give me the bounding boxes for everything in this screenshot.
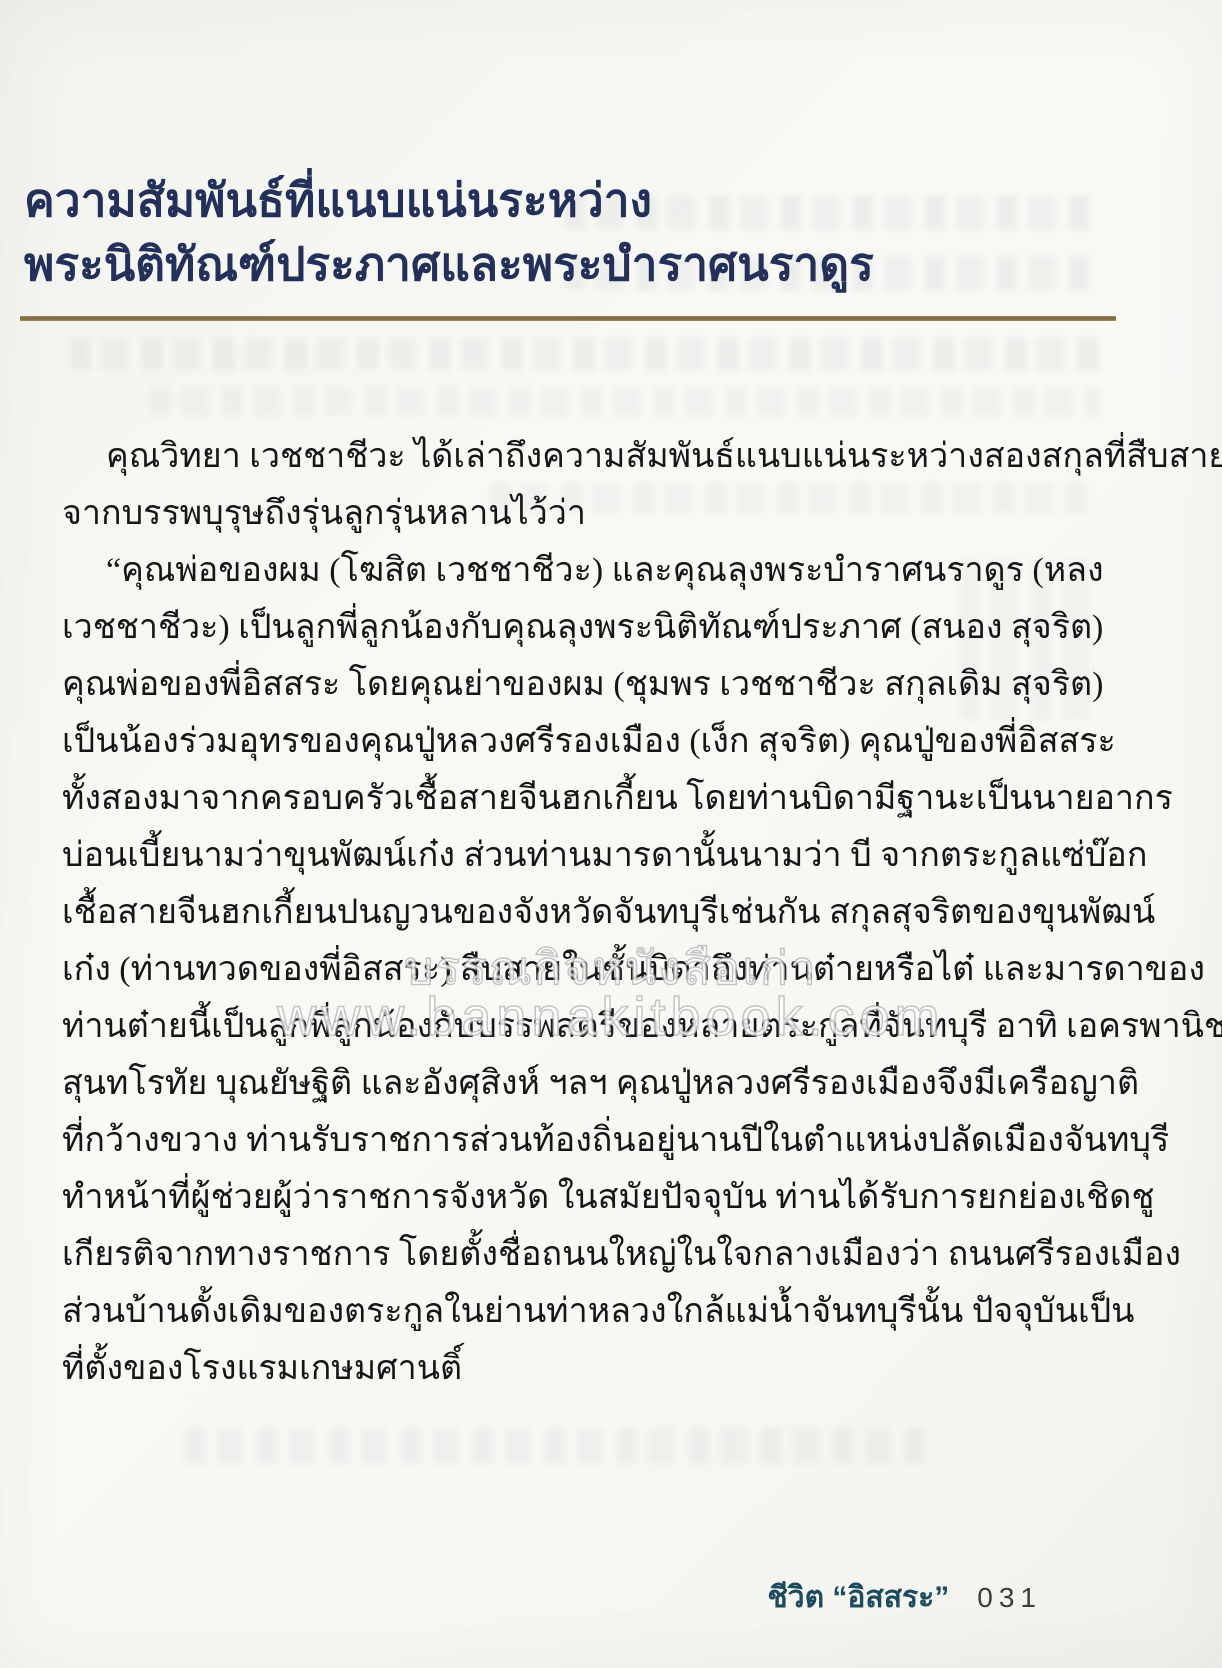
bleed-through-artifact [70, 338, 1100, 370]
body-line: คุณพ่อของพี่อิสสระ โดยคุณย่าของผม (ชุมพร… [62, 656, 1022, 713]
body-line: “คุณพ่อของผม (โฆสิต เวชชาชีวะ) และคุณลุง… [62, 542, 1022, 599]
body-line: ที่ตั้งของโรงแรมเกษมศานติ์ [62, 1340, 1022, 1397]
body-line: เชื้อสายจีนฮกเกี้ยนปนญวนของจังหวัดจันทบุ… [62, 884, 1022, 941]
chapter-heading-line-1: ความสัมพันธ์ที่แนบแน่นระหว่าง [24, 168, 1104, 232]
body-line: ทั้งสองมาจากครอบครัวเชื้อสายจีนฮกเกี้ยน … [62, 770, 1022, 827]
body-text: คุณวิทยา เวชชาชีวะ ได้เล่าถึงความสัมพันธ… [62, 428, 1022, 1397]
body-line: ทำหน้าที่ผู้ช่วยผู้ว่าราชการจังหวัด ในสม… [62, 1169, 1022, 1226]
body-line: ที่กว้างขวาง ท่านรับราชการส่วนท้องถิ่นอย… [62, 1112, 1022, 1169]
page-number: 031 [977, 1582, 1042, 1614]
body-line: ท่านต๋ายนี้เป็นลูกพี่ลูกน้องกับบรรพสตรีข… [62, 998, 1022, 1055]
heading-divider-rule [20, 316, 1116, 321]
body-line: เกียรติจากทางราชการ โดยตั้งชื่อถนนใหญ่ใน… [62, 1226, 1022, 1283]
chapter-heading-line-2: พระนิติทัณฑ์ประภาศและพระบำราศนราดูร [24, 232, 1104, 296]
bleed-through-artifact [185, 1428, 925, 1464]
scanned-book-page: ความสัมพันธ์ที่แนบแน่นระหว่าง พระนิติทัณ… [0, 0, 1222, 1668]
body-line: สุนทโรทัย บุณยัษฐิติ และอังศุสิงห์ ฯลฯ ค… [62, 1055, 1022, 1112]
body-line: เก๋ง (ท่านทวดของพี่อิสสระ) สืบสายในชั้นบ… [62, 941, 1022, 998]
body-line: คุณวิทยา เวชชาชีวะ ได้เล่าถึงความสัมพันธ… [62, 428, 1022, 485]
body-line: ส่วนบ้านดั้งเดิมของตระกูลในย่านท่าหลวงใก… [62, 1283, 1022, 1340]
bleed-through-artifact [150, 388, 1100, 416]
chapter-heading: ความสัมพันธ์ที่แนบแน่นระหว่าง พระนิติทัณ… [24, 168, 1104, 296]
body-line: บ่อนเบี้ยนามว่าขุนพัฒน์เก๋ง ส่วนท่านมารด… [62, 827, 1022, 884]
body-line: จากบรรพบุรุษถึงรุ่นลูกรุ่นหลานไว้ว่า [62, 485, 1022, 542]
running-book-title: ชีวิต “อิสสระ” [767, 1574, 949, 1621]
body-line: เป็นน้องร่วมอุทรของคุณปู่หลวงศรีรองเมือง… [62, 713, 1022, 770]
page-footer: ชีวิต “อิสสระ” 031 [767, 1574, 1042, 1621]
body-line: เวชชาชีวะ) เป็นลูกพี่ลูกน้องกับคุณลุงพระ… [62, 599, 1022, 656]
